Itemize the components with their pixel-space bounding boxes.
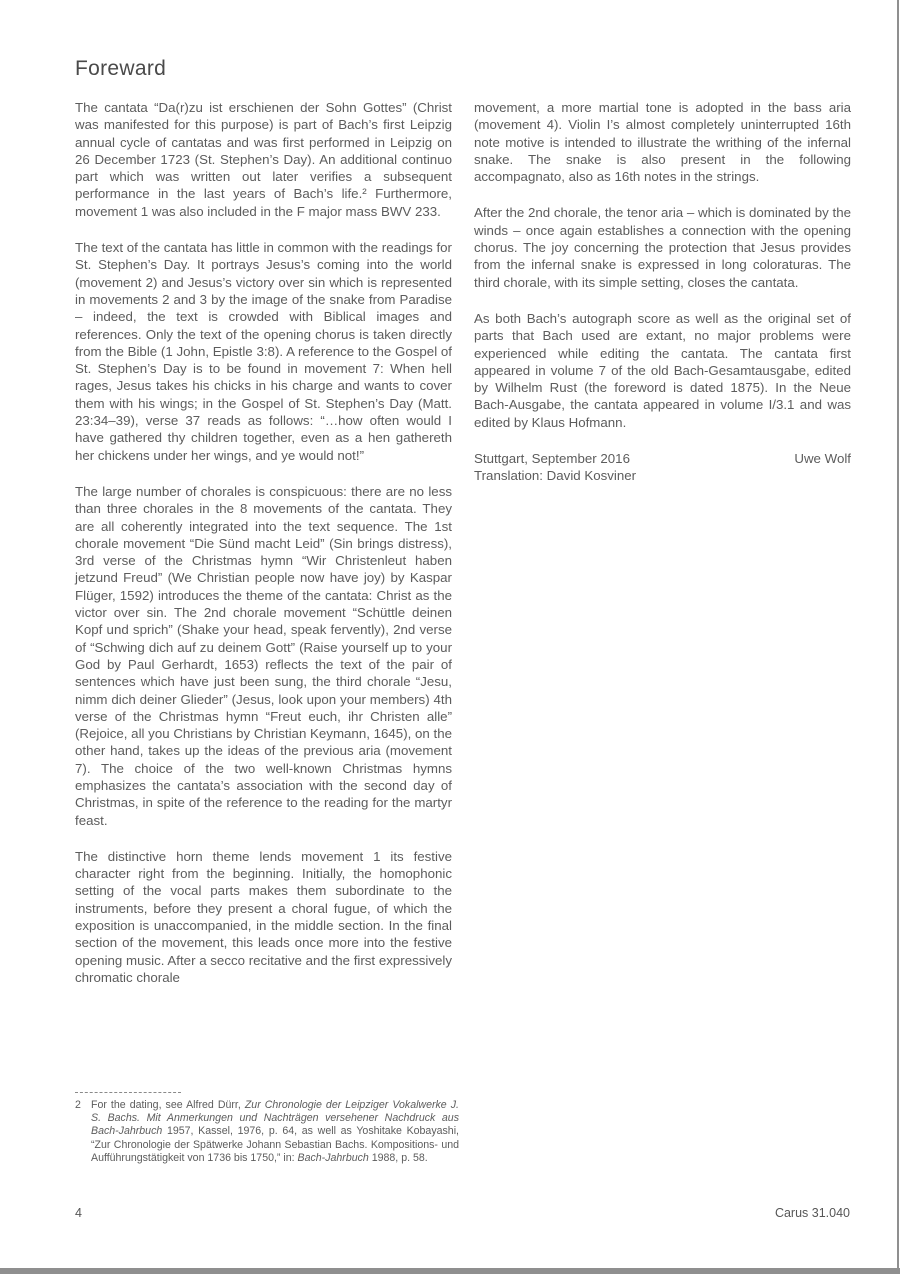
signoff-row: Stuttgart, September 2016 Uwe Wolf	[474, 450, 851, 467]
page-number: 4	[75, 1206, 82, 1220]
signoff-block: Stuttgart, September 2016 Uwe Wolf Trans…	[474, 450, 851, 485]
footnote-separator-rule	[75, 1092, 181, 1093]
foreword-paragraph-2: The text of the cantata has little in co…	[75, 239, 452, 464]
signoff-translation: Translation: David Kosviner	[474, 467, 851, 484]
footnote-body: 2 For the dating, see Alfred Dürr, Zur C…	[75, 1099, 459, 1165]
foreword-paragraph-1: The cantata “Da(r)zu ist erschienen der …	[75, 99, 452, 220]
foreword-paragraph-7: As both Bach’s autograph score as well a…	[474, 310, 851, 431]
foreword-paragraph-5: movement, a more martial tone is adopted…	[474, 99, 851, 185]
foreword-page: Foreward The cantata “Da(r)zu ist erschi…	[0, 0, 900, 1274]
page-edge-right	[897, 0, 899, 1274]
footnote-block: 2 For the dating, see Alfred Dürr, Zur C…	[75, 1092, 459, 1165]
publisher-code: Carus 31.040	[775, 1206, 850, 1220]
foreword-paragraph-6: After the 2nd chorale, the tenor aria – …	[474, 204, 851, 290]
left-column: The cantata “Da(r)zu ist erschienen der …	[75, 99, 452, 1005]
footnote-marker: 2	[75, 1099, 84, 1165]
footnote-text: For the dating, see Alfred Dürr, Zur Chr…	[91, 1099, 459, 1165]
page-title: Foreward	[75, 57, 166, 81]
page-footer: 4 Carus 31.040	[75, 1206, 850, 1220]
signoff-author: Uwe Wolf	[794, 450, 851, 467]
foreword-paragraph-3: The large number of chorales is conspicu…	[75, 483, 452, 829]
right-column: movement, a more martial tone is adopted…	[474, 99, 851, 485]
signoff-place-date: Stuttgart, September 2016	[474, 450, 630, 467]
foreword-paragraph-4: The distinctive horn theme lends movemen…	[75, 848, 452, 986]
page-edge-bottom	[0, 1268, 900, 1274]
